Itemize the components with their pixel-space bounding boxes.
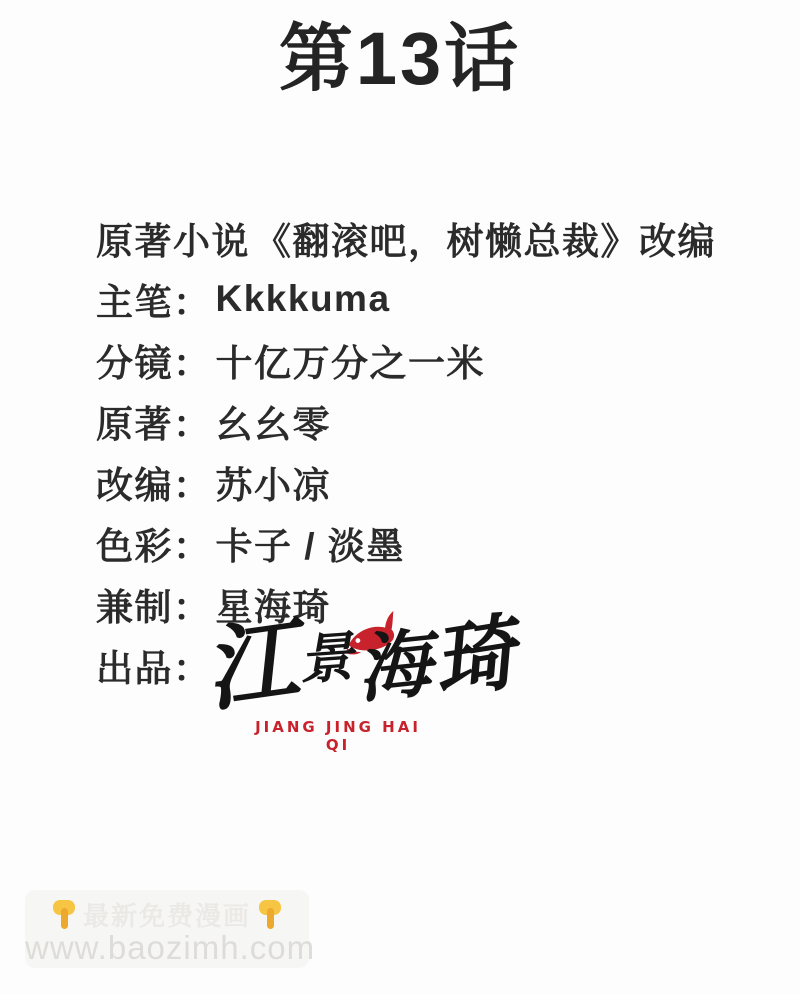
credit-colon: ： — [173, 272, 212, 326]
logo-calligraphy: 江 景 海 琦 — [205, 626, 465, 704]
chapter-title: 第13话 — [0, 18, 800, 101]
credit-value: 卡子 / 淡墨 — [216, 516, 405, 570]
pointing-down-hand-icon — [256, 898, 284, 930]
watermark-url: www.baozimh.com — [25, 929, 309, 967]
credit-colon: ： — [173, 455, 212, 509]
credit-label: 色彩 — [96, 516, 173, 570]
comic-credits-page: 第13话 原著小说《翻滚吧，树懒总裁》改编 主笔：Kkkkuma 分镜：十亿万分… — [0, 0, 800, 994]
credit-colon: ： — [173, 516, 212, 570]
pointing-down-hand-icon — [50, 898, 78, 930]
credit-colon: ： — [173, 333, 212, 387]
site-watermark: 最新免费漫画 www.baozimh.com — [25, 890, 309, 968]
credit-label: 原著小说 — [96, 211, 250, 265]
credit-row-color: 色彩：卡子 / 淡墨 — [96, 512, 716, 573]
credit-row-adaptation: 改编：苏小凉 — [96, 451, 716, 512]
credit-colon: ： — [173, 394, 212, 448]
credit-row-original-author: 原著：幺幺零 — [96, 390, 716, 451]
logo-subtitle: JIANG JING HAI QI — [243, 718, 433, 754]
credit-label: 兼制 — [96, 577, 173, 631]
logo-char: 景 — [297, 632, 354, 684]
logo-char: 海 — [354, 630, 435, 704]
credit-value: 《翻滚吧，树懒总裁》改编 — [254, 211, 716, 265]
credit-value: 十亿万分之一米 — [216, 333, 486, 387]
credit-label: 改编 — [96, 455, 173, 509]
logo-char: 琦 — [428, 616, 521, 702]
jiangjinghaiqi-logo: 江 景 海 琦 JIANG JING HAI QI — [205, 626, 465, 746]
credit-label: 原著 — [96, 394, 173, 448]
watermark-text: 最新免费漫画 — [83, 896, 251, 933]
credit-label: 主笔 — [96, 272, 173, 326]
watermark-line1: 最新免费漫画 — [25, 896, 309, 932]
credit-label: 出品 — [96, 638, 173, 692]
credit-row-original-novel: 原著小说《翻滚吧，树懒总裁》改编 — [96, 207, 716, 268]
logo-char: 江 — [200, 620, 302, 710]
credit-value: 幺幺零 — [216, 394, 332, 448]
credit-value: 苏小凉 — [216, 455, 332, 509]
credit-row-lead-artist: 主笔：Kkkkuma — [96, 268, 716, 329]
credit-row-storyboard: 分镜：十亿万分之一米 — [96, 329, 716, 390]
credit-label: 分镜 — [96, 333, 173, 387]
credit-value: Kkkkuma — [216, 278, 391, 320]
